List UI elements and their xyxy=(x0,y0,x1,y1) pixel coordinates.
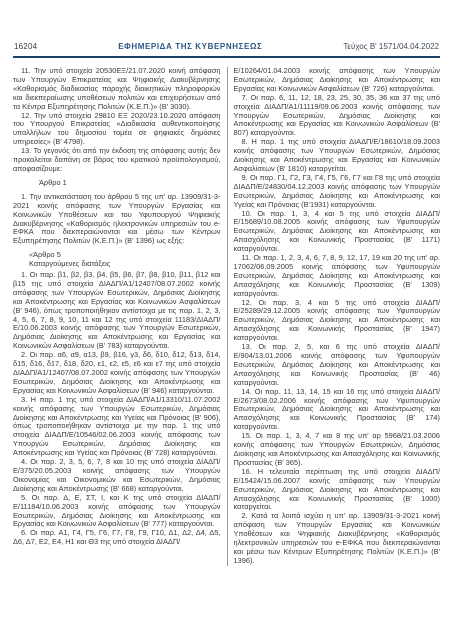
text-columns: 11. Την υπό στοιχεία 20530ΕΞ/21.07.2020 … xyxy=(13,67,440,566)
clause-9: 9. Οι παρ. Γ1, Γ2, Γ3, Γ4, Γ5, Γ6, Γ7 κα… xyxy=(234,174,441,210)
clause-16: 16. Η τελευταία περίπτωση της υπό στοιχε… xyxy=(234,468,441,513)
article-5-subtitle: Καταργούμενες διατάξεις xyxy=(13,260,221,269)
clause-6-continuation: Ε/10264/01.04.2003 κοινής απόφασης των Υ… xyxy=(234,67,441,94)
page-header: 16204 ΕΦΗΜΕΡΙΔΑ ΤΗΣ ΚΥΒΕΡΝΗΣΕΩΣ Τεύχος Β… xyxy=(13,42,440,58)
clause-3: 3. Η παρ. 1 της υπό στοιχεία ΔΙΑΔΠ/Α1/13… xyxy=(13,396,221,458)
article-1-intro: 1. Την αντικατάσταση του άρθρου 5 της υπ… xyxy=(13,193,221,246)
clause-12: 12. Οι παρ. 3, 4 και 5 της υπό στοιχεία … xyxy=(234,299,441,344)
paragraph-12: 12. Την υπό στοιχεία 29810 ΕΞ 2020/23.10… xyxy=(13,112,221,148)
clause-10: 10. Οι παρ. 1, 3, 4 και 5 της υπό στοιχε… xyxy=(234,210,441,255)
final-paragraph-2: 2. Κατά τα λοιπά ισχύει η υπ' αρ. 13909/… xyxy=(234,512,441,565)
clause-4: 4. Οι παρ. 2, 3, 5, 6, 7, 8 και 10 της υ… xyxy=(13,458,221,494)
right-column: Ε/10264/01.04.2003 κοινής απόφασης των Υ… xyxy=(227,67,441,566)
clause-13: 13. Οι παρ. 2, 5, και 6 της υπό στοιχεία… xyxy=(234,343,441,388)
clause-6-start: 6. Οι παρ. Α1, Γ4, Γ5, Γ6, Γ7, Γ8, Γ9, Γ… xyxy=(13,529,221,547)
article-1-heading: Άρθρο 1 xyxy=(13,179,221,188)
page-number: 16204 xyxy=(14,42,37,52)
clause-2: 2. Οι παρ. α6, α9, α13, β9, β16, γ3, δ6,… xyxy=(13,351,221,396)
left-column: 11. Την υπό στοιχεία 20530ΕΞ/21.07.2020 … xyxy=(13,67,227,566)
clause-5: 5. Οι παρ. Δ, Ε, ΣΤ, Ι, και Κ της υπό στ… xyxy=(13,494,221,530)
paragraph-13: 13. Το γεγονός ότι από την έκδοση της απ… xyxy=(13,147,221,174)
clause-15: 15. Οι παρ. 1, 3, 4, 7 και 8 της υπ' αρ … xyxy=(234,432,441,468)
clause-8: 8. Η παρ. 1 της υπό στοιχεία ΔΙΑΔΠ/Ε/186… xyxy=(234,138,441,174)
issue-info: Τεύχος Β' 1571/04.04.2022 xyxy=(343,42,439,52)
clause-1: 1. Οι παρ. β1, β2, β3, β4, β5, β6, β7, β… xyxy=(13,271,221,351)
clause-14: 14. Οι παρ. 11, 13, 14, 15 και 16 της υπ… xyxy=(234,388,441,433)
clause-11: 11. Οι παρ. 1, 2, 3, 4, 6, 7, 8, 9, 12, … xyxy=(234,254,441,299)
paragraph-11: 11. Την υπό στοιχεία 20530ΕΞ/21.07.2020 … xyxy=(13,67,221,112)
gazette-page: 16204 ΕΦΗΜΕΡΙΔΑ ΤΗΣ ΚΥΒΕΡΝΗΣΕΩΣ Τεύχος Β… xyxy=(0,0,453,640)
clause-7: 7. Οι παρ. 6, 11, 12, 18, 23, 25, 30, 35… xyxy=(234,94,441,139)
masthead-title: ΕΦΗΜΕΡΙΔΑ ΤΗΣ ΚΥΒΕΡΝΗΣΕΩΣ xyxy=(118,42,262,52)
